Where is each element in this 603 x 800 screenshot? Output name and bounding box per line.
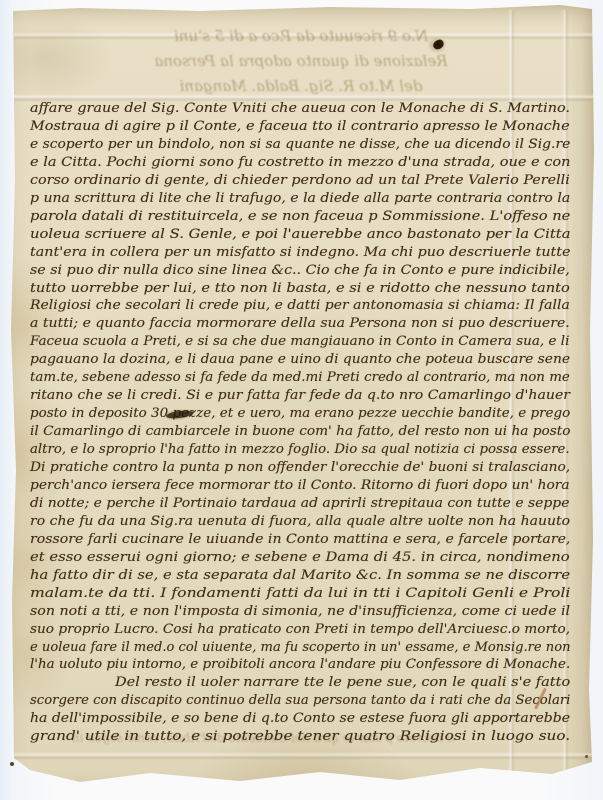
manuscript-line: ha dell'impossibile, e so bene di q.to C…	[30, 711, 570, 727]
manuscript-line: posto in deposito 30 pezze, et e uero, m…	[30, 406, 570, 422]
manuscript-line: uoleua scriuere al S. Genle, e poi l'aue…	[30, 227, 571, 243]
manuscript-line: suo proprio Lucro. Cosi ha praticato con…	[30, 622, 570, 638]
manuscript-line: e la Citta. Pochi giorni sono fu costret…	[30, 155, 571, 171]
manuscript-line: ro che fu da una Sig.ra uenuta di fuora,…	[30, 514, 570, 530]
manuscript-line: se si puo dir nulla dico sine linea &c..…	[30, 263, 570, 279]
manuscript-line: e scoperto per un bindolo, non si sa qua…	[30, 137, 570, 153]
manuscript-line: scorgere con discapito continuo della su…	[30, 693, 570, 709]
manuscript-line: a tutti; e quanto faccia mormorare della…	[30, 316, 570, 332]
manuscript-line: Faceua scuola a Preti, e si sa che due m…	[30, 334, 569, 350]
manuscript-line: Religiosi che secolari li crede piu, e d…	[30, 298, 570, 314]
manuscript-line: corso ordinario di gente, di chieder per…	[30, 173, 570, 189]
manuscript-line: e uoleua fare il med.o col uiuente, ma f…	[30, 640, 571, 656]
manuscript-line: et esso esserui ogni giorno; e sebene e …	[30, 550, 570, 566]
manuscript-line: tutto uorrebbe per lui, e tto non li bas…	[30, 281, 570, 297]
manuscript-line: Del resto il uoler narrare tte le pene s…	[115, 675, 570, 691]
manuscript-line: parola datali di restituircela, e se non…	[30, 209, 570, 225]
manuscript-line: rossore farli cucinare le uiuande in Con…	[30, 532, 570, 548]
manuscript-line: son noti a tti, e non l'imposta di simon…	[30, 604, 570, 620]
manuscript-line: grand' utile in tutto, e si potrebbe ten…	[30, 729, 570, 745]
ink-speck	[585, 755, 588, 758]
manuscript-line: ritano che se li credi. Si e pur fatta f…	[30, 388, 570, 404]
manuscript-line: tam.te, sebene adesso si fa fede da med.…	[30, 370, 570, 386]
manuscript-line: affare graue del Sig. Conte Vniti che au…	[30, 101, 570, 117]
manuscript-line: ha fatto dir di se, e sta separata dal M…	[30, 568, 570, 584]
manuscript-line: pagauano la dozina, e li daua pane e uin…	[30, 352, 570, 368]
manuscript-line: tant'era in collera per un misfatto si i…	[30, 245, 571, 261]
manuscript-line: malam.te da tti. I fondamenti fatti da l…	[30, 586, 570, 602]
manuscript-line: l'ha uoluto piu intorno, e proibitoli an…	[30, 657, 570, 673]
manuscript-line: Di pratiche contro la punta p non offend…	[30, 460, 570, 476]
manuscript-line: p una scrittura di lite che li trafugo, …	[30, 191, 570, 207]
manuscript-text-block: affare graue del Sig. Conte Vniti che au…	[0, 0, 603, 800]
ink-speck	[10, 762, 14, 766]
scanned-letter-page: N.o 9 riceuuto da P.co a di 5 s'uni Rela…	[0, 0, 603, 800]
manuscript-line: perch'anco iersera fece mormorar tto il …	[30, 478, 570, 494]
manuscript-line: altro, e lo sproprio l'ha fatto in mezzo…	[30, 442, 570, 458]
manuscript-line: il Camarlingo di cambiarcele in buone co…	[30, 424, 570, 440]
manuscript-line: di notte; e perche il Portinaio tardaua …	[30, 496, 569, 512]
manuscript-line: Mostraua di agire p il Conte, e faceua t…	[30, 119, 570, 135]
